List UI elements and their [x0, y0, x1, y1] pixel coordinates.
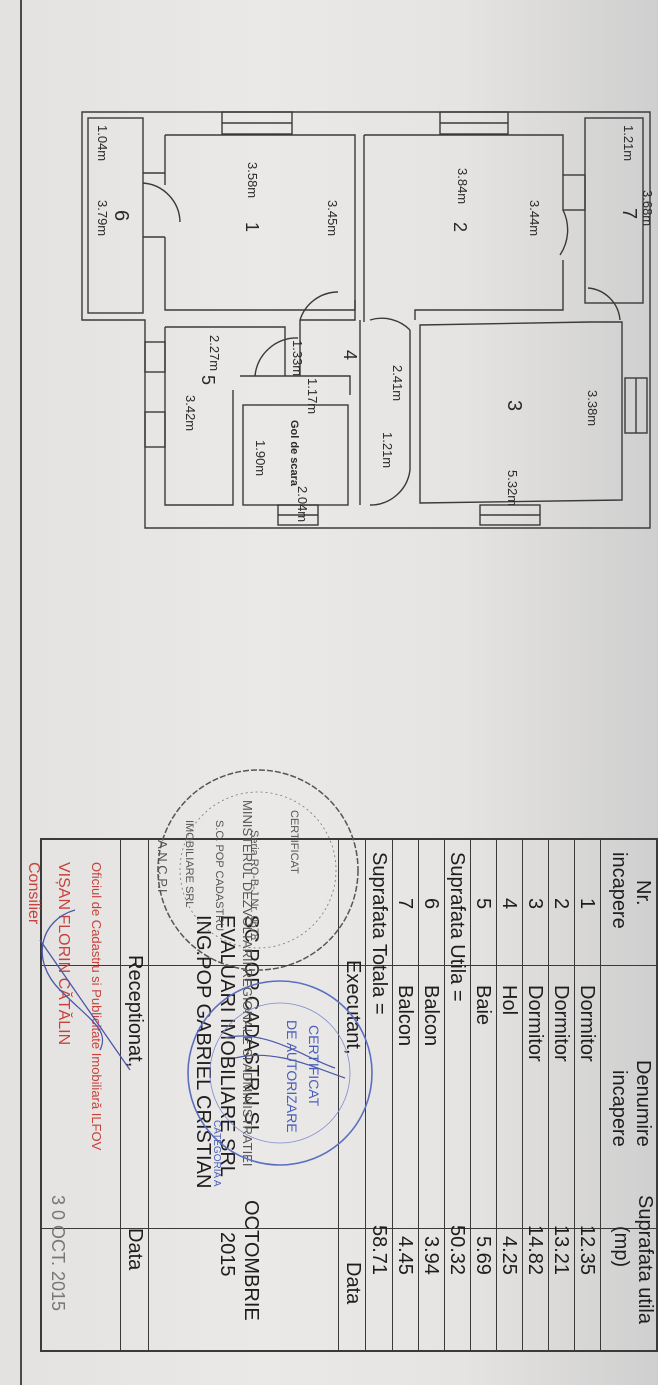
room-7-width: 1.21m	[621, 125, 636, 161]
stairwell-length: 1.90m	[253, 440, 268, 476]
room-4-dim-c: 2.41m	[390, 365, 405, 401]
room-5-label: 5	[197, 375, 218, 385]
black-stamp-line-8: IMOBILIARE SRL	[183, 820, 195, 907]
room-4-dim-d: 1.21m	[380, 432, 395, 468]
blue-stamp-bottom: CATEGORIA A	[211, 1120, 222, 1187]
totala-area: 58.71	[367, 1225, 390, 1275]
row-4-nr: 4	[497, 898, 520, 909]
room-6-width: 1.04m	[95, 125, 110, 161]
room-5-width: 2.27m	[207, 335, 222, 371]
stairwell-label: Gol de scara	[288, 420, 300, 486]
receptionat-date-label: Data	[123, 1228, 146, 1270]
room-3-length: 3.38m	[585, 390, 600, 426]
row-6-nr: 6	[419, 898, 442, 909]
row-3-area: 14.82	[523, 1225, 546, 1275]
room-2-label: 2	[449, 222, 470, 232]
row-7-nr: 7	[393, 898, 416, 909]
row-2-area: 13.21	[549, 1225, 572, 1275]
room-1-label: 1	[241, 222, 262, 232]
receptionat-date-stamp: 3 0 OCT. 2015	[47, 1195, 68, 1311]
row-1-nr: 1	[575, 898, 598, 909]
header-name-2: incapere	[607, 1070, 630, 1147]
room-6-label: 6	[109, 210, 132, 221]
row-2-name: Dormitor	[549, 985, 572, 1062]
room-5-length: 3.42m	[183, 395, 198, 431]
header-area-2: (mp)	[609, 1226, 632, 1267]
signature	[20, 880, 160, 1080]
row-3-name: Dormitor	[523, 985, 546, 1062]
room-7-length: 3.68m	[640, 190, 655, 226]
utila-area: 50.32	[445, 1225, 468, 1275]
row-4-area: 4.25	[497, 1236, 520, 1275]
room-1-length: 3.45m	[325, 200, 340, 236]
room-4-dim-b: 1.17m	[305, 378, 320, 414]
row-5-name: Baie	[471, 985, 494, 1025]
row-1-area: 12.35	[575, 1225, 598, 1275]
row-6-area: 3.94	[419, 1236, 442, 1275]
row-2-nr: 2	[549, 898, 572, 909]
blue-stamp-line-2: DE AUTORIZARE	[284, 1020, 300, 1133]
header-nr-1: Nr.	[631, 880, 654, 906]
room-4-dim-a: 1.33m	[290, 340, 305, 376]
row-4-name: Hol	[497, 985, 520, 1015]
room-1-width: 3.58m	[245, 162, 260, 198]
row-5-nr: 5	[471, 898, 494, 909]
black-stamp-line-6: S.C. POP CADASTRU	[213, 820, 225, 931]
room-7-label: 7	[617, 208, 640, 219]
utila-label: Suprafata Utila =	[445, 852, 468, 1002]
room-4-label: 4	[339, 350, 360, 360]
blue-stamp-line-1: CERTIFICAT	[306, 1025, 322, 1106]
room-2-length: 3.44m	[527, 200, 542, 236]
floor-plan	[0, 0, 658, 560]
row-6-name: Balcon	[419, 985, 442, 1046]
executant-date-2: 2015	[215, 1232, 238, 1277]
row-1-name: Dormitor	[575, 985, 598, 1062]
executant-date-label: Data	[341, 1262, 364, 1304]
row-3-nr: 3	[523, 898, 546, 909]
room-3-label: 3	[502, 400, 525, 411]
stairwell-width: 2.04m	[295, 486, 310, 522]
header-area-1: Suprafata utila	[633, 1195, 656, 1324]
row-7-name: Balcon	[393, 985, 416, 1046]
black-stamp-line-1: CERTIFICAT	[288, 810, 300, 874]
row-5-area: 5.69	[471, 1236, 494, 1275]
header-nr-2: incapere	[607, 852, 630, 929]
room-3-width: 5.32m	[505, 470, 520, 506]
header-name-1: Denumire	[631, 1060, 654, 1147]
room-2-width: 3.84m	[455, 168, 470, 204]
room-6-length: 3.79m	[95, 200, 110, 236]
executant-date-1: OCTOMBRIE	[239, 1200, 262, 1321]
black-stamp-line-4: Seria RO-B-J Nr. 0678	[248, 830, 260, 940]
row-7-area: 4.45	[393, 1236, 416, 1275]
